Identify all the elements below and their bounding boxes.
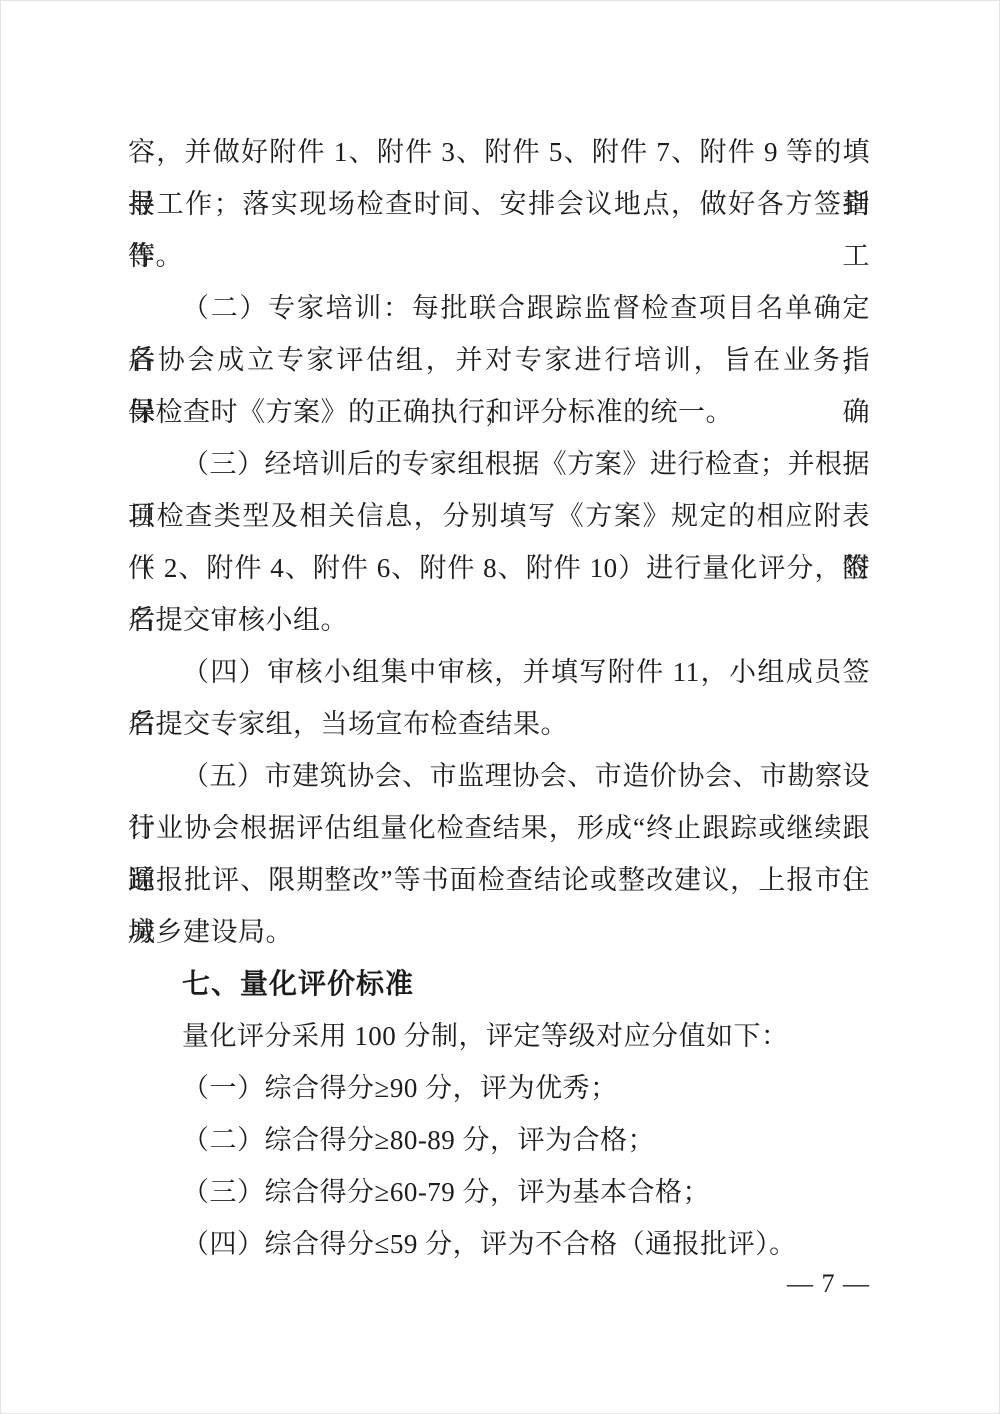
text-line: （五）市建筑协会、市监理协会、市造价协会、市勘察设计 xyxy=(128,750,870,802)
text-line: （二）综合得分≥80-89 分，评为合格； xyxy=(128,1114,870,1166)
text-line: （三）综合得分≥60-79 分，评为基本合格； xyxy=(128,1166,870,1218)
text-line: 通报批评、限期整改”等书面检查结论或整改建议，上报市住房 xyxy=(128,854,870,906)
text-line: （四）综合得分≤59 分，评为不合格（通报批评）。 xyxy=(128,1218,870,1270)
section-heading: 七、量化评价标准 xyxy=(128,958,870,1010)
text-line: 容，并做好附件 1、附件 3、附件 5、附件 7、附件 9 等的填报指 xyxy=(128,126,870,178)
text-line: （一）综合得分≥90 分，评为优秀； xyxy=(128,1062,870,1114)
text-line: 导工作；落实现场检查时间、安排会议地点，做好各方签到等工 xyxy=(128,178,870,230)
text-line: 各协会成立专家评估组，并对专家进行培训，旨在业务指导，确 xyxy=(128,334,870,386)
text-line: 后提交审核小组。 xyxy=(128,594,870,646)
text-line: 件 2、附件 4、附件 6、附件 8、附件 10）进行量化评分，签名 xyxy=(128,542,870,594)
text-line: 后提交专家组，当场宣布检查结果。 xyxy=(128,698,870,750)
text-line: 城乡建设局。 xyxy=(128,906,870,958)
text-line: （二）专家培训：每批联合跟踪监督检查项目名单确定后， xyxy=(128,282,870,334)
document-page: 容，并做好附件 1、附件 3、附件 5、附件 7、附件 9 等的填报指 导工作；… xyxy=(0,0,1000,1414)
text-line: 行业协会根据评估组量化检查结果，形成“终止跟踪或继续跟踪、 xyxy=(128,802,870,854)
text-line: 目检查类型及相关信息，分别填写《方案》规定的相应附表（附 xyxy=(128,490,870,542)
text-line: 量化评分采用 100 分制，评定等级对应分值如下： xyxy=(128,1010,870,1062)
text-line: （三）经培训后的专家组根据《方案》进行检查；并根据项 xyxy=(128,438,870,490)
text-line: （四）审核小组集中审核，并填写附件 11，小组成员签名 xyxy=(128,646,870,698)
document-body: 容，并做好附件 1、附件 3、附件 5、附件 7、附件 9 等的填报指 导工作；… xyxy=(128,126,870,1298)
page-number: — 7 — xyxy=(128,1270,870,1298)
